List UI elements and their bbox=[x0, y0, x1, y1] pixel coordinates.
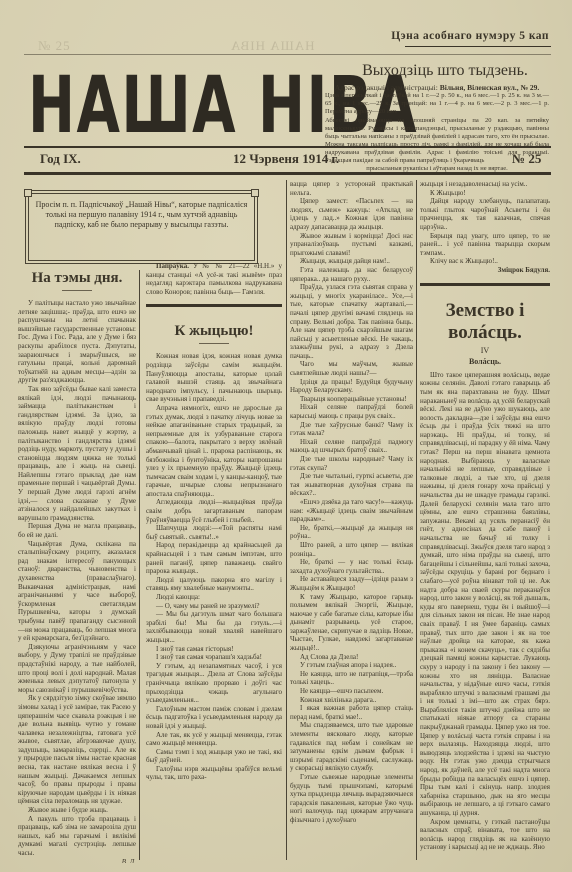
article-to-life-continued: вацца цяпер з усторонай практыкай нельга… bbox=[290, 180, 413, 863]
paragraph: І зноў тая самая чэрапаш'я хадзьба! bbox=[146, 653, 282, 662]
paragraph: К таму Жыцьцю, каторое гарыць полымем вя… bbox=[290, 593, 413, 653]
paragraph: — О, чаму мы раней не зразумелі? bbox=[146, 602, 282, 611]
author-signature: Зміцрок Бядуля. bbox=[420, 266, 550, 275]
article-to-life: Папраўка. У № № 21—22 «Н.Н.» у канцы ста… bbox=[146, 262, 282, 862]
section-rule bbox=[420, 283, 550, 286]
article-subtitle: Волáсць. bbox=[420, 358, 550, 367]
paragraph: Чаго мы маўчым, жывые сьвятлейшые людзі … bbox=[290, 360, 413, 377]
newspaper-title: НАША НІВА bbox=[28, 62, 222, 150]
article-part-number: IV bbox=[420, 347, 550, 356]
paragraph: Галоўны нэрв жыцьцёвы зрабіўся вельмі чу… bbox=[146, 765, 282, 782]
paragraph: А пакуль што трэба працаваць і працаваць… bbox=[18, 815, 136, 858]
paragraph: Не аставайцеся ззаду—ідзіця разам з Жыць… bbox=[290, 575, 413, 592]
paragraph: Дзе тые чытальні, гурткі асьветы, дзе та… bbox=[290, 472, 413, 498]
paragraph: У гэтым глаўная апора і надзея.. bbox=[290, 661, 413, 670]
paragraph: Не, браткі — у нас толькі ёсьць захадта … bbox=[290, 558, 413, 575]
paragraph: Так яно заўсёды бывае калі заместа вялік… bbox=[18, 385, 136, 523]
issue-date: 12 Чэрвеня 1914 г. bbox=[233, 151, 339, 167]
paragraph: Чацьвёртая Дума, склікана па сталыпінаўс… bbox=[18, 540, 136, 643]
publication-frequency: Выходзіць што тыдзень. bbox=[345, 62, 545, 80]
section-rule bbox=[146, 304, 282, 307]
correction-notice: Папраўка. У № № 21—22 «Н.Н.» у канцы ста… bbox=[146, 262, 282, 296]
column-divider bbox=[416, 180, 417, 860]
dateline-rule bbox=[24, 172, 551, 175]
paragraph: Ніхай селяне папраўдзі болей карысьці ма… bbox=[290, 403, 413, 420]
paragraph: І якая важная работа цяпер стаіць перад … bbox=[290, 704, 413, 721]
paragraph: Народ перакідаецца ад крайнасьцей да кра… bbox=[146, 541, 282, 575]
paragraph: Жывое жывым і кормiцца! Досі нас упранал… bbox=[290, 232, 413, 258]
paragraph: Жыцьця, жыцьця дайця нам!.. bbox=[290, 257, 413, 266]
volume-year: Год IX. bbox=[40, 151, 81, 167]
column-divider bbox=[139, 270, 140, 860]
paragraph: жыцьця і незадаволенасьці на усім.. bbox=[420, 180, 550, 189]
column-divider bbox=[286, 180, 287, 860]
address-label: Адрас рэдакцыі і адміністрацыі: bbox=[335, 83, 438, 92]
paragraph: Дайця народу хлебануць, палапатаць тольк… bbox=[420, 197, 550, 231]
paragraph: Тварыця кооперацыйные установы! bbox=[290, 395, 413, 404]
article-title: На тэмы дня. bbox=[18, 268, 136, 288]
subscription-prices: Цэна з перасылкай і дастаўкай на 1 г.—2 … bbox=[325, 92, 549, 116]
issue-number: № 25 bbox=[512, 151, 541, 167]
price-underline bbox=[405, 46, 551, 47]
paragraph: І зноў тая самая гісторыя! bbox=[146, 645, 282, 654]
paragraph: Ідзіця да працы! Будуйця будучыну Народу… bbox=[290, 378, 413, 395]
paragraph: Дзе тые школы народные? Чаму іх гэтак ск… bbox=[290, 455, 413, 472]
paragraph: Агледаюцца людзі—жыцьцёвая праўда сваім … bbox=[146, 498, 282, 524]
paragraph: У палітыцы настало ужо звычайнае летняе … bbox=[18, 299, 136, 385]
address-value: Вільня, Віленская вул., № 29. bbox=[440, 83, 540, 92]
paragraph: Клічу вас к Жыцьцю!.. bbox=[420, 257, 550, 266]
top-thin-rule bbox=[24, 54, 551, 55]
paragraph: Кожная хвілінька дарага.. bbox=[290, 696, 413, 705]
paragraph: Што такое цяперашняя волáсьць, ведае кож… bbox=[420, 371, 550, 818]
subscription-notice-text: Просім п. п. Падпісчыкоў „Нашай Нівы“, к… bbox=[36, 200, 248, 229]
paragraph: Дзе тые хаўрусные банкі? Чаму іх гэтак м… bbox=[290, 421, 413, 438]
paragraph: Не каяцца, што не патрапіця,—трэба тольк… bbox=[290, 670, 413, 687]
title-divider bbox=[199, 343, 229, 344]
paragraph: Апрача нямногіх, ешчэ не дарослые да гэт… bbox=[146, 404, 282, 499]
paragraph: Галоўным мастом паміж словам і дзелам ёс… bbox=[146, 705, 282, 731]
paragraph: У гэтым, ад незапамятных часоў, і уся тр… bbox=[146, 662, 282, 705]
article-zemstvo: жыцьця і незадаволенасьці на усім.. К Жы… bbox=[420, 180, 550, 863]
paragraph: Першая Дума не магла працаваць, бо ей не… bbox=[18, 522, 136, 539]
paragraph: Праўда, узлася гэта сьвятая справа у жыц… bbox=[290, 283, 413, 360]
paragraph: Гэта належыць да нас беларусоў цяперака.… bbox=[290, 266, 413, 283]
article-editorial: На тэмы дня. У палітыцы настало ужо звыч… bbox=[18, 268, 136, 863]
bleedthrough-number: № 25 bbox=[38, 38, 71, 54]
paragraph: Як у сярдзітую зімку скоўвае зямлю зімов… bbox=[18, 694, 136, 806]
paragraph: Не, браткі,—жыцьцё да жыцьця ня роўна.. bbox=[290, 524, 413, 541]
paragraph: Кожная новая ідэя, кожная новая думка ро… bbox=[146, 352, 282, 404]
paragraph: Акром цемнаты, у гэткай пастаноўцы валас… bbox=[420, 818, 550, 852]
paragraph: «Ешчэ дзяёка да таго часу!»—кажуць нам: … bbox=[290, 498, 413, 524]
paragraph: Цяпер замест: «Пасьпех — на людзях, сьме… bbox=[290, 197, 413, 231]
title-divider bbox=[62, 290, 92, 291]
article-title: Земство і волáсць. bbox=[420, 300, 550, 344]
article-title: К жыцьцю! bbox=[146, 321, 282, 341]
bleedthrough-title: НАША НІВА bbox=[230, 38, 315, 54]
issue-price: Цэна асобнаго нумэру 5 кап bbox=[391, 30, 549, 42]
paragraph: Шапчуцца людзі:—«Той распяты намі быў сь… bbox=[146, 524, 282, 541]
paragraph: — Мы бы дагэтуль шмат чаго большага зраб… bbox=[146, 610, 282, 644]
author-signature: В. Л. bbox=[18, 858, 136, 863]
paragraph: Ад Слова да Дзела! bbox=[290, 653, 413, 662]
box-corner-ornament bbox=[24, 189, 32, 197]
newspaper-page: № 25 НАША НІВА Цэна асобнаго нумэру 5 ка… bbox=[0, 0, 572, 872]
paragraph: вацца цяпер з усторонай практыкай нельга… bbox=[290, 180, 413, 197]
paragraph: Дзякуючы агранічэньням у часе выбору, у … bbox=[18, 643, 136, 695]
paragraph: Што раней, а што цяпер — вялікая розніца… bbox=[290, 541, 413, 558]
paragraph: К Жыцьцю! bbox=[420, 189, 550, 198]
paragraph: Гэтые сьвежые народные элементы будуць т… bbox=[290, 773, 413, 825]
paragraph: Але так, як усё у жыцьці меняецца, гэтак… bbox=[146, 731, 282, 748]
masthead-rule bbox=[24, 146, 551, 148]
paragraph: Не каяцца—ешчэ пасьпеем. bbox=[290, 687, 413, 696]
paragraph: Мы спадзяваемся, што тые здаровые элемен… bbox=[290, 721, 413, 773]
paragraph: Людзі цалуюць пакорна яго магілу і ставя… bbox=[146, 576, 282, 593]
paragraph: Ніхай селяне папраўдзі падмогу маюць ад … bbox=[290, 438, 413, 455]
paragraph: Людзі каюцца: bbox=[146, 593, 282, 602]
correction-label: Папраўка. bbox=[156, 262, 189, 270]
paragraph: Жывое жыве і будзе жыць. bbox=[18, 806, 136, 815]
subscription-notice-box: Просім п. п. Падпісчыкоў „Нашай Нівы“, к… bbox=[28, 193, 255, 261]
box-corner-ornament bbox=[251, 189, 259, 197]
paragraph: Бярыця пад увагу, што цяпер, то не раней… bbox=[420, 232, 550, 258]
paragraph: Самы тэмп і ход жыцьця ужо не такі, які … bbox=[146, 748, 282, 765]
